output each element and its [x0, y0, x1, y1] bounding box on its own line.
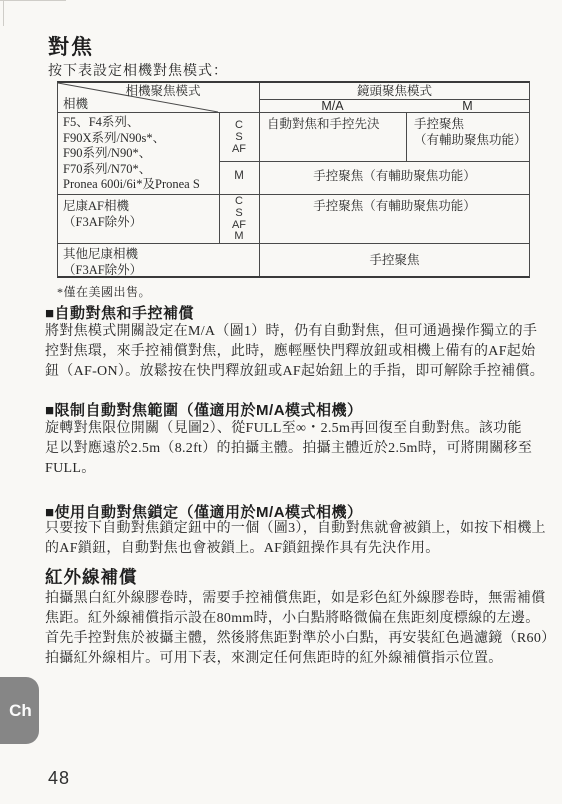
paragraph-line: 拍攝紅外線相片。可用下表，來測定任何焦距時的紅外線補償指示位置。	[45, 649, 530, 669]
row3-merged-value: 手控聚焦	[259, 253, 530, 268]
section-heading-af-manual-override: ■自動對焦和手控補償	[45, 302, 194, 323]
paragraph-line: 首先手控對焦於被攝主體，然後將焦距對準於小白點，再安裝紅色過濾鏡（R60）	[45, 629, 530, 649]
section-heading-limit-af-range: ■限制自動對焦範圍（僅適用於M/A模式相機）	[45, 399, 363, 420]
paragraph-line: 旋轉對焦限位開關（見圖2）、從FULL至∞・2.5m再回復至自動對焦。該功能	[45, 419, 530, 439]
row3-camera: 其他尼康相機 （F3AF除外）	[63, 246, 142, 278]
paragraph-line: 控對焦環，來手控補償對焦，此時，應輕壓快門釋放鈕或相機上備有的AF起始	[45, 342, 530, 362]
row1-mode-csaf: C S AF	[219, 119, 259, 155]
table-hline	[58, 194, 529, 195]
section-heading-infrared-compensation: 紅外線補償	[45, 564, 138, 589]
page-number: 48	[48, 768, 70, 789]
table-vline	[406, 112, 407, 162]
section-paragraph: 拍攝黑白紅外線膠卷時，需要手控補償焦距，如是彩色紅外線膠卷時，無需補償 焦距。紅…	[45, 589, 530, 669]
row1-ma-value: 自動對焦和手控先決	[267, 117, 380, 132]
paragraph-line: 將對焦模式開關設定在M/A（圖1）時，仍有自動對焦，但可通過操作獨立的手	[45, 322, 530, 342]
header-col-ma: M/A	[259, 99, 406, 113]
paragraph-line: FULL。	[45, 459, 530, 479]
table-hline	[58, 243, 529, 244]
row1-merged-value: 手控聚焦（有輔助聚焦功能）	[259, 169, 530, 184]
focus-mode-table: 相機聚焦模式 相機 鏡頭聚焦模式 M/A M F5、F4系列、 F90X系列/N…	[57, 81, 530, 278]
row2-merged-value: 手控聚焦（有輔助聚焦功能）	[259, 199, 530, 214]
paragraph-line: 足以對應遠於2.5m（8.2ft）的拍攝主體。拍攝主體近於2.5m時，可將開關移…	[45, 439, 530, 459]
table-footnote: *僅在美國出售。	[57, 283, 151, 300]
header-col-m: M	[406, 99, 529, 113]
intro-text: 按下表設定相機對焦模式：	[48, 60, 228, 80]
header-camera-focus-mode: 相機聚焦模式	[98, 84, 228, 99]
row1-mode-m: M	[219, 170, 259, 182]
paragraph-line: 鈕（AF-ON）。放鬆按在快門釋放鈕或AF起始鈕上的手指，即可解除手控補償。	[45, 362, 530, 382]
paragraph-line: 拍攝黑白紅外線膠卷時，需要手控補償焦距，如是彩色紅外線膠卷時，無需補償	[45, 589, 530, 609]
chapter-tab-label: Ch	[7, 701, 32, 721]
page-title: 對焦	[48, 31, 94, 61]
scan-artifact	[0, 0, 66, 1]
section-paragraph: 只要按下自動對焦鎖定鈕中的一個（圖3），自動對焦就會被鎖上，如按下相機上 的AF…	[45, 519, 530, 559]
paragraph-line: 只要按下自動對焦鎖定鈕中的一個（圖3），自動對焦就會被鎖上，如按下相機上	[45, 519, 530, 539]
row1-camera-list: F5、F4系列、 F90X系列/N90s*、 F90系列/N90*、 F70系列…	[63, 115, 200, 193]
row1-m-value: 手控聚焦 （有輔助聚焦功能）	[414, 117, 527, 148]
section-paragraph: 將對焦模式開關設定在M/A（圖1）時，仍有自動對焦，但可通過操作獨立的手 控對焦…	[45, 322, 530, 382]
chapter-tab: Ch	[0, 677, 39, 744]
row2-mode-csafm: C S AF M	[219, 196, 259, 243]
header-lens-focus-mode: 鏡頭聚焦模式	[259, 84, 530, 99]
header-camera: 相機	[63, 97, 88, 112]
paragraph-line: 焦距。紅外線補償指示設在80mm時，小白點將略微偏在焦距刻度標線的左邊。	[45, 609, 530, 629]
row2-camera: 尼康AF相機 （F3AF除外）	[63, 198, 142, 230]
paragraph-line: 的AF鎖鈕，自動對焦也會被鎖上。AF鎖鈕操作具有先決作用。	[45, 539, 530, 559]
table-hline	[219, 161, 529, 162]
scan-artifact	[3, 0, 4, 26]
section-paragraph: 旋轉對焦限位開關（見圖2）、從FULL至∞・2.5m再回復至自動對焦。該功能 足…	[45, 419, 530, 479]
